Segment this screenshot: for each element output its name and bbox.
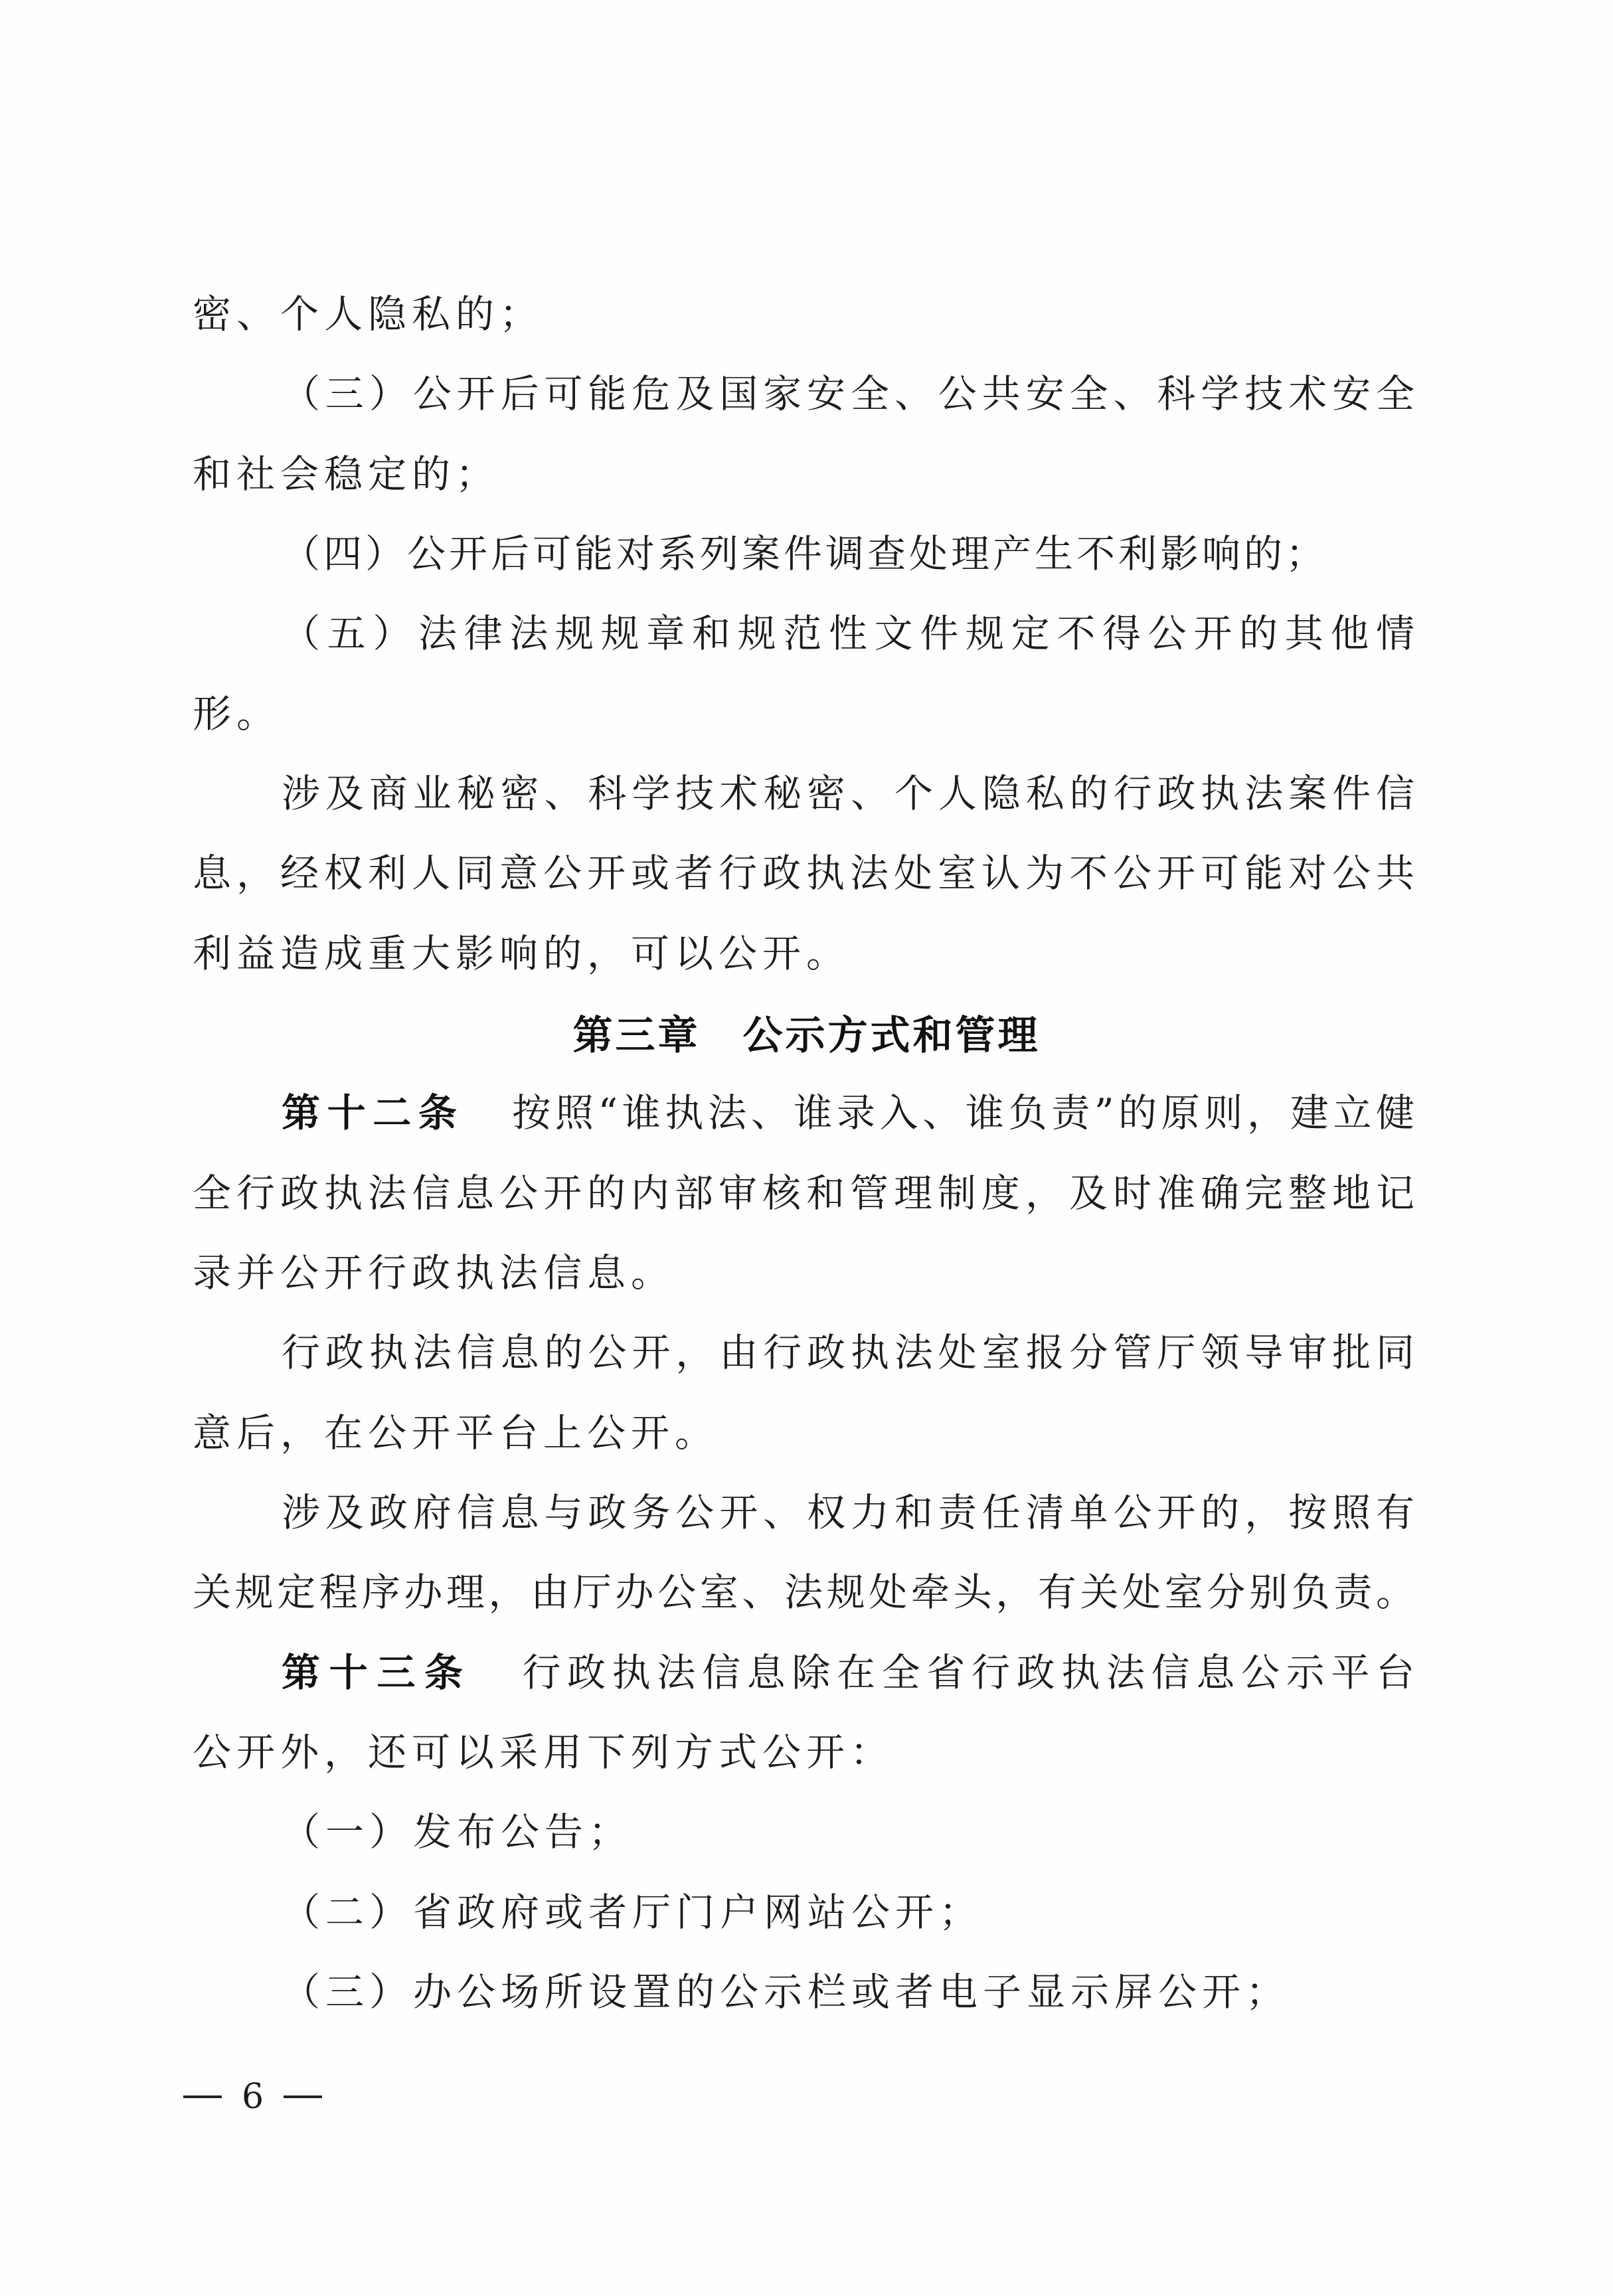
dash-right bbox=[284, 2095, 322, 2098]
page-number: 6 bbox=[242, 2077, 264, 2117]
text-line: 公开外，还可以采用下列方式公开： bbox=[193, 1728, 1414, 1776]
article-text: 行政执法信息除在全省行政执法信息公示平台 bbox=[516, 1650, 1414, 1695]
chapter-title: 公示方式和管理 bbox=[743, 1013, 1041, 1059]
text-line: 关规定程序办理，由厅办公室、法规处牵头，有关处室分别负责。 bbox=[193, 1568, 1414, 1616]
paragraph-start: 行政执法信息的公开，由行政执法处室报分管厅领导审批同 bbox=[282, 1329, 1414, 1376]
text-line: 录并公开行政执法信息。 bbox=[193, 1249, 1414, 1297]
text-line: 形。 bbox=[193, 690, 1414, 738]
page-footer: 6 bbox=[183, 2077, 322, 2117]
chapter-heading: 第三章公示方式和管理 bbox=[0, 1006, 1613, 1066]
article-number: 第十三条 bbox=[282, 1650, 472, 1695]
article-13-line: 第十三条行政执法信息除在全省行政执法信息公示平台 bbox=[282, 1649, 1414, 1696]
list-item-5: （五）法律法规规章和规范性文件规定不得公开的其他情 bbox=[282, 610, 1414, 657]
text-line: 和社会稳定的； bbox=[193, 450, 1414, 498]
list-item-4: （四）公开后可能对系列案件调查处理产生不利影响的； bbox=[282, 530, 1414, 578]
text-line: 意后，在公开平台上公开。 bbox=[193, 1409, 1414, 1457]
document-page: 密、个人隐私的； （三）公开后可能危及国家安全、公共安全、科学技术安全 和社会稳… bbox=[0, 0, 1613, 2296]
list-item-2: （二）省政府或者厅门户网站公开； bbox=[282, 1888, 1414, 1936]
article-text: 按照“谁执法、谁录入、谁负责”的原则，建立健 bbox=[508, 1090, 1414, 1135]
article-12-line: 第十二条按照“谁执法、谁录入、谁负责”的原则，建立健 bbox=[282, 1089, 1414, 1137]
text-line: 息，经权利人同意公开或者行政执法处室认为不公开可能对公共 bbox=[193, 849, 1414, 897]
text-line: 全行政执法信息公开的内部审核和管理制度，及时准确完整地记 bbox=[193, 1169, 1414, 1217]
paragraph-start: 涉及政府信息与政务公开、权力和责任清单公开的，按照有 bbox=[282, 1489, 1414, 1536]
article-number: 第十二条 bbox=[282, 1090, 464, 1135]
dash-left bbox=[183, 2095, 222, 2098]
list-item-1: （一）发布公告； bbox=[282, 1808, 1414, 1856]
list-item-3: （三）办公场所设置的公示栏或者电子显示屏公开； bbox=[282, 1968, 1414, 2016]
text-line: 密、个人隐私的； bbox=[193, 290, 1414, 338]
list-item-3: （三）公开后可能危及国家安全、公共安全、科学技术安全 bbox=[282, 370, 1414, 418]
text-line: 利益造成重大影响的，可以公开。 bbox=[193, 930, 1414, 977]
chapter-number: 第三章 bbox=[573, 1013, 701, 1059]
paragraph-start: 涉及商业秘密、科学技术秘密、个人隐私的行政执法案件信 bbox=[282, 770, 1414, 817]
